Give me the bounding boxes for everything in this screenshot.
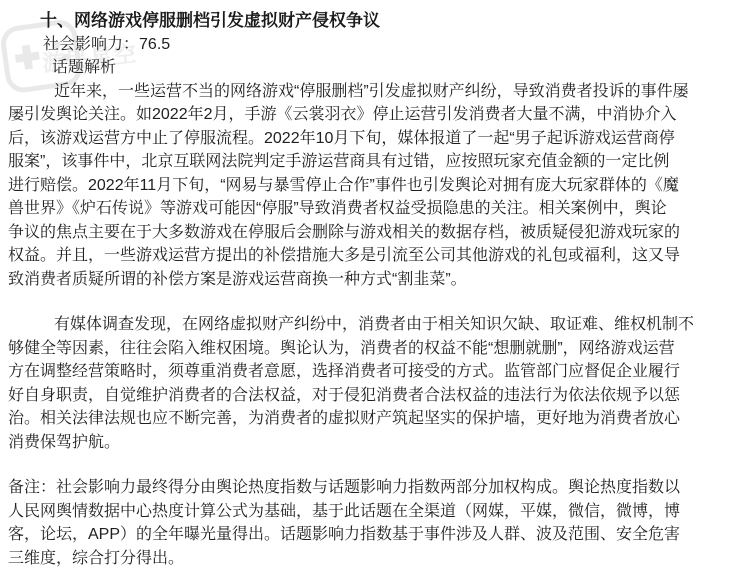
social-impact-value: 76.5	[139, 36, 170, 53]
social-impact-line: 社会影响力：76.5	[8, 33, 742, 57]
paragraph-analysis-1: 近年来，一些运营不当的网络游戏“停服删档”引发虚拟财产纠纷，导致消费者投诉的事件…	[8, 80, 742, 292]
paragraph-note: 备注：社会影响力最终得分由舆论热度指数与话题影响力指数两部分加权构成。舆论热度指…	[8, 476, 742, 570]
section-label: 话题解析	[8, 56, 742, 80]
paragraph-analysis-2: 有媒体调查发现，在网络虚拟财产纠纷中，消费者由于相关知识欠缺、取证难、维权机制不…	[8, 313, 742, 454]
body-paragraphs: 近年来，一些运营不当的网络游戏“停服删档”引发虚拟财产纠纷，导致消费者投诉的事件…	[8, 80, 742, 571]
social-impact-label: 社会影响力：	[43, 36, 139, 53]
page-title: 十、网络游戏停服删档引发虚拟财产侵权争议	[8, 9, 742, 33]
document-body: 十、网络游戏停服删档引发虚拟财产侵权争议 社会影响力：76.5 话题解析 近年来…	[0, 0, 750, 570]
